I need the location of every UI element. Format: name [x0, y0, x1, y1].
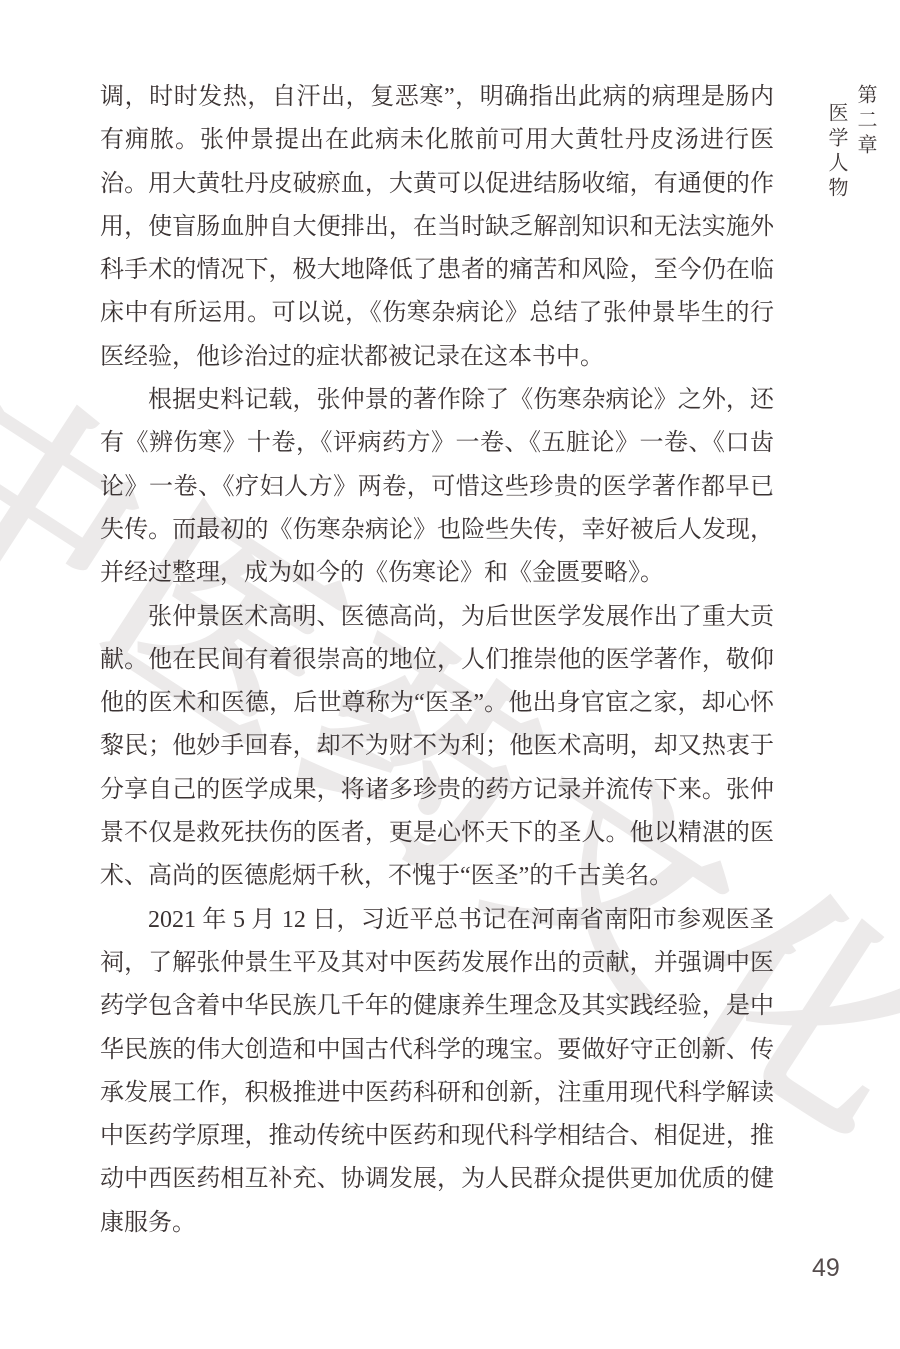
- page-body: 调，时时发热，自汗出，复恶寒”，明确指出此病的病理是肠内有痈脓。张仲景提出在此病…: [100, 76, 774, 1245]
- chapter-label: 第二章: [851, 84, 880, 202]
- paragraph: 调，时时发热，自汗出，复恶寒”，明确指出此病的病理是肠内有痈脓。张仲景提出在此病…: [100, 76, 774, 379]
- paragraph: 根据史料记载，张仲景的著作除了《伤寒杂病论》之外，还有《辨伤寒》十卷，《评病药方…: [100, 379, 774, 595]
- chapter-sidebar: 第二章 医学人物: [822, 84, 880, 202]
- paragraph: 张仲景医术高明、医德高尚，为后世医学发展作出了重大贡献。他在民间有着很崇高的地位…: [100, 596, 774, 899]
- book-page: 中医药文化 调，时时发热，自汗出，复恶寒”，明确指出此病的病理是肠内有痈脓。张仲…: [0, 0, 900, 1349]
- page-number: 49: [812, 1254, 840, 1283]
- paragraph: 2021 年 5 月 12 日，习近平总书记在河南省南阳市参观医圣祠，了解张仲景…: [100, 899, 774, 1245]
- section-label: 医学人物: [822, 102, 851, 202]
